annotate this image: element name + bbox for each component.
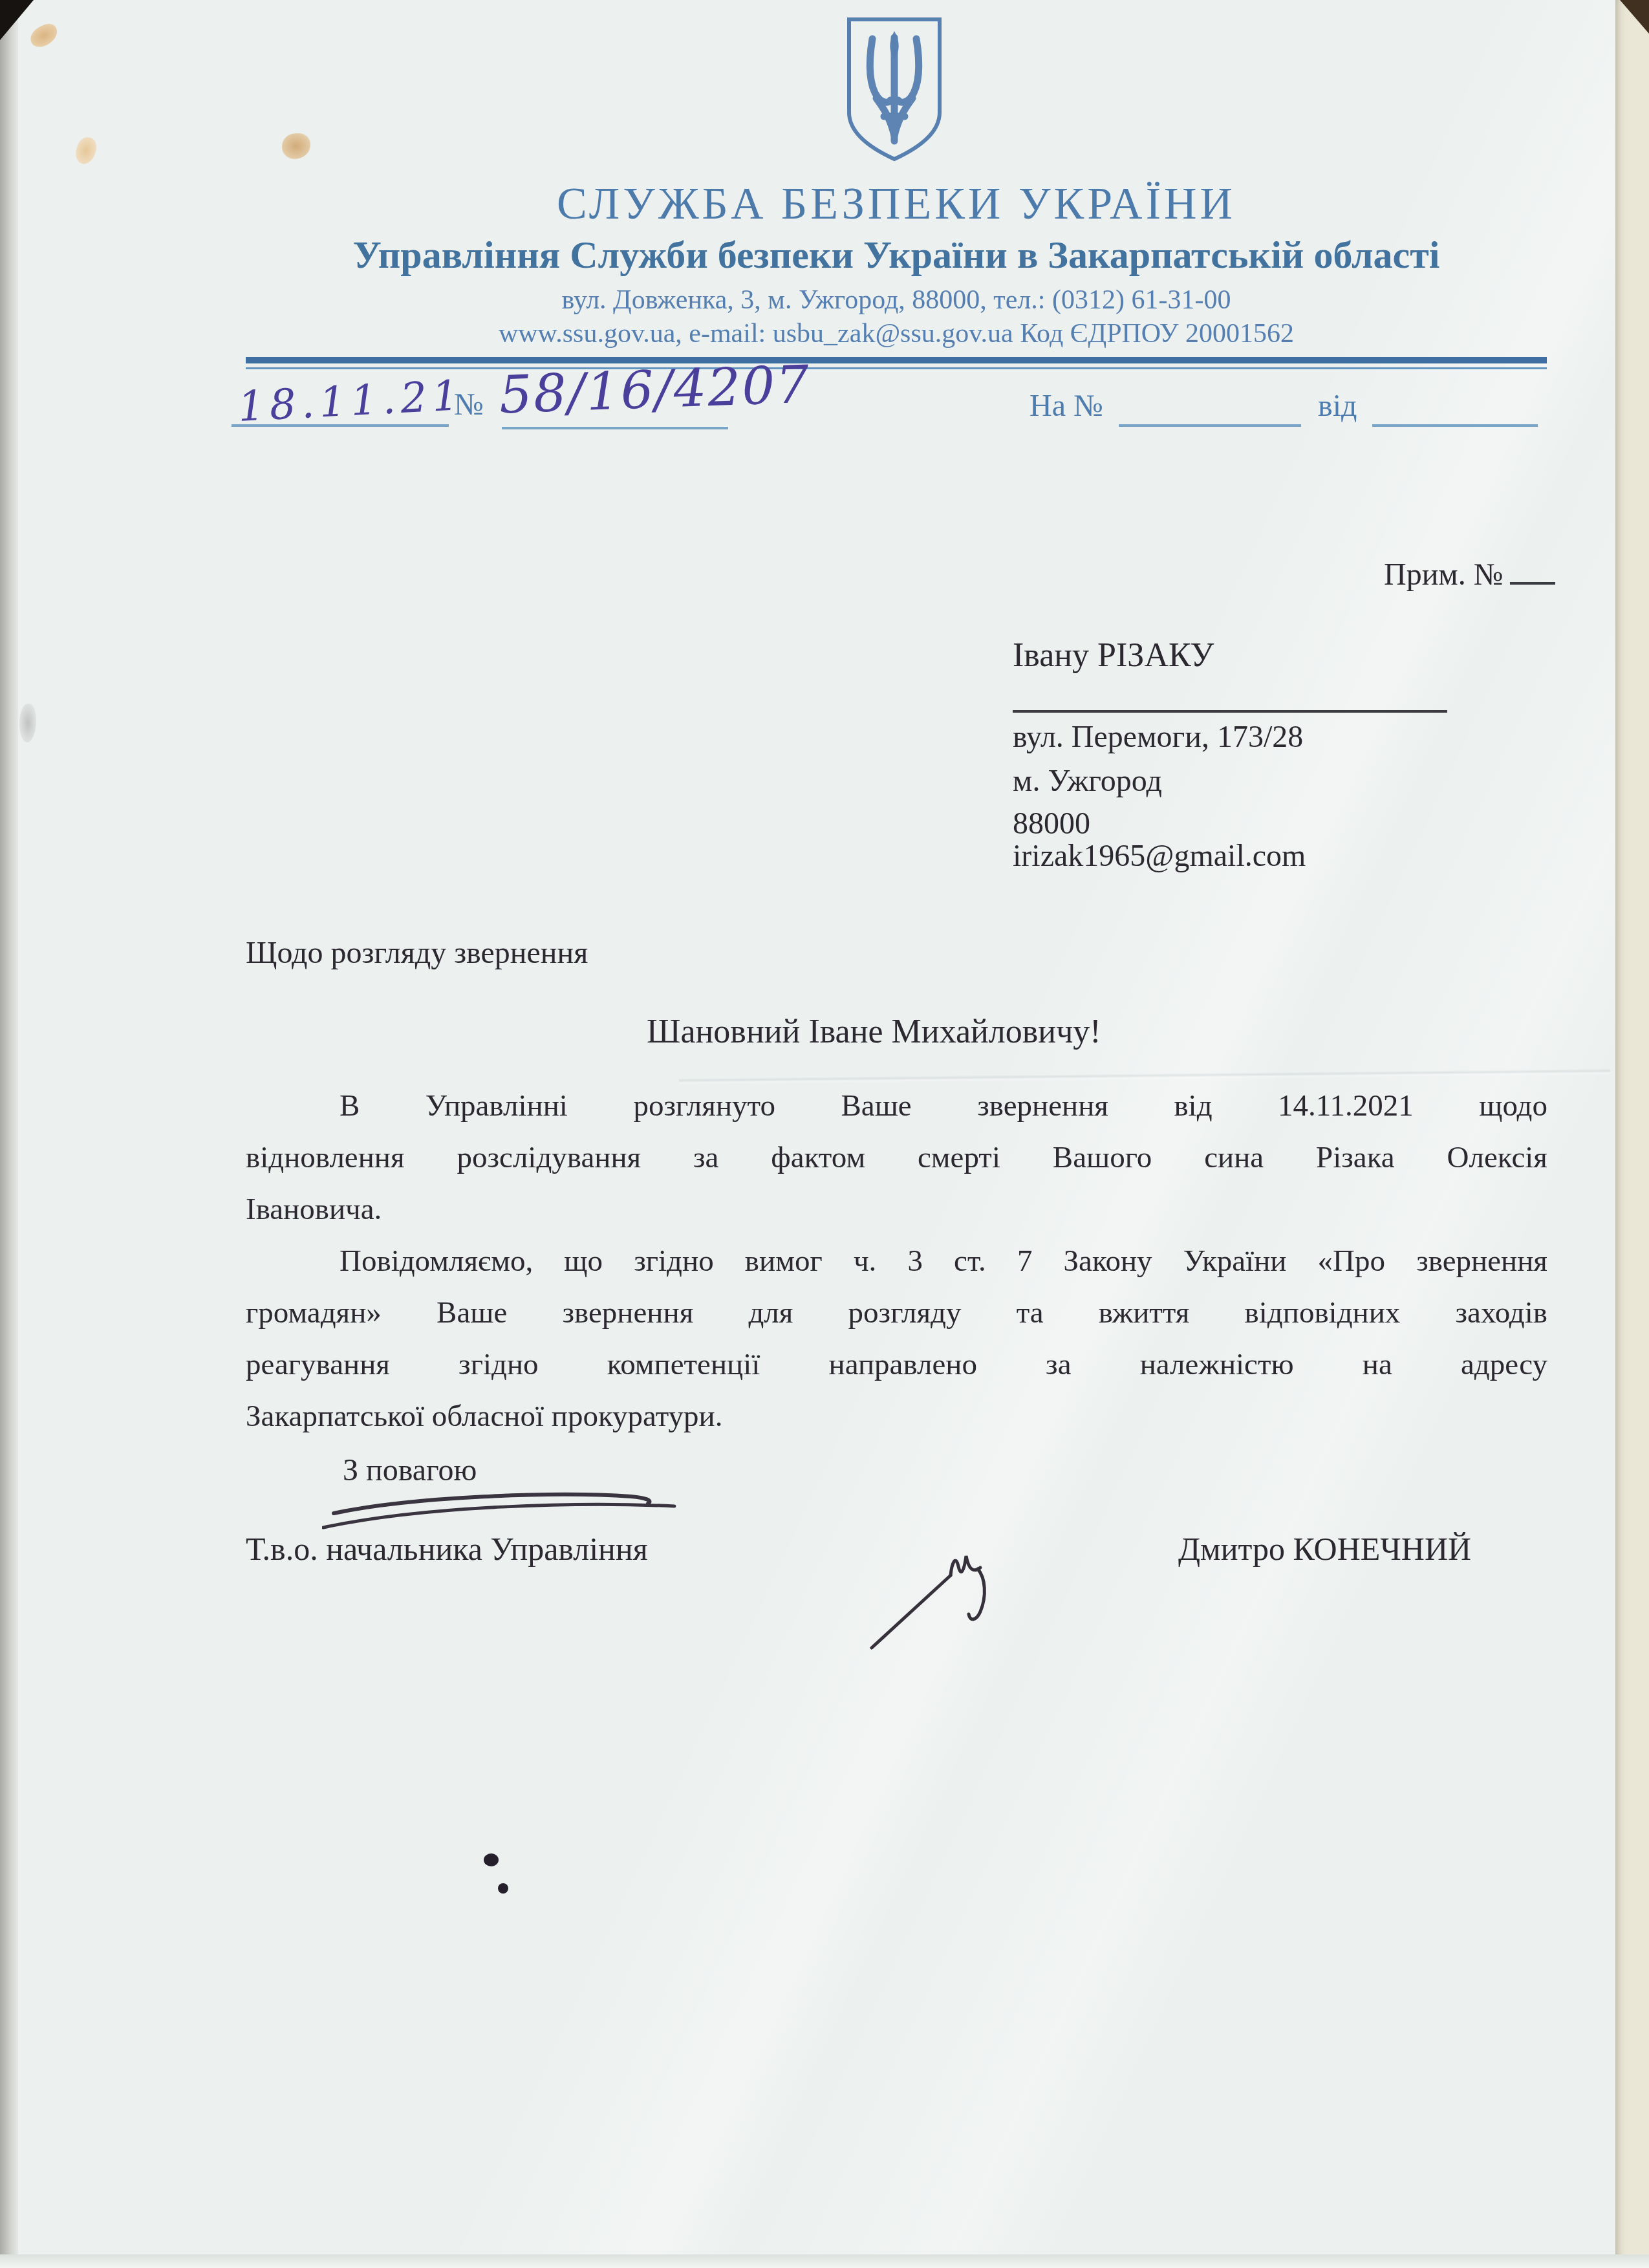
ink-speck [498, 1883, 508, 1894]
letterhead-rule-thick [246, 357, 1547, 363]
paragraph-line: В Управлінні розглянуто Ваше звернення в… [246, 1080, 1547, 1132]
incoming-number-label: На № [1029, 388, 1103, 424]
underlying-sheet-edge [1615, 0, 1649, 2268]
subject-line: Щодо розгляду звернення [246, 935, 588, 971]
recipient-email: irizak1965@gmail.com [1013, 838, 1306, 874]
letterhead-rule-thin [246, 367, 1547, 369]
handwritten-ref-number: 58/16/4207 [499, 354, 812, 426]
scan-corner-top-right [1620, 0, 1649, 34]
handwritten-signature [854, 1537, 1125, 1653]
paragraph-line: Повідомляємо, що згідно вимог ч. 3 ст. 7… [246, 1235, 1547, 1287]
recipient-name: Івану РІЗАКУ [1013, 636, 1214, 675]
paper-stain [282, 133, 310, 159]
pen-flourish-underline [322, 1486, 684, 1531]
signer-title: Т.в.о. начальника Управління [246, 1530, 648, 1568]
scan-left-edge [0, 0, 18, 2268]
paragraph-line: Івановича. [246, 1183, 1547, 1235]
ref-number-underline [502, 427, 728, 429]
paragraph-line: Закарпатської обласної прокуратури. [246, 1390, 1547, 1442]
incoming-number-blank [1119, 424, 1301, 427]
paragraph-line: громадян» Ваше звернення для розгляду та… [246, 1287, 1547, 1339]
body-paragraph-2: Повідомляємо, що згідно вимог ч. 3 ст. 7… [246, 1235, 1547, 1442]
ukraine-trident-emblem-icon [839, 14, 950, 164]
valediction: З повагою [343, 1453, 477, 1488]
recipient-street: вул. Перемоги, 173/28 [1013, 719, 1303, 755]
scan-bottom-edge [0, 2254, 1649, 2268]
body-paragraph-1: В Управлінні розглянуто Ваше звернення в… [246, 1080, 1547, 1235]
paper-smudge [19, 704, 36, 742]
paragraph-line: відновлення розслідування за фактом смер… [246, 1132, 1547, 1183]
scanned-letter-page: { "letterhead": { "emblem_icon": "ukrain… [0, 0, 1649, 2268]
paper-stain [74, 135, 98, 166]
date-underline [232, 424, 449, 427]
salutation: Шановний Іване Михайловичу! [647, 1013, 1101, 1051]
org-address-line: вул. Довженка, 3, м. Ужгород, 88000, тел… [246, 285, 1547, 316]
ink-speck [484, 1853, 499, 1866]
scan-corner-top-left [0, 0, 34, 40]
copy-note-label: Прим. № [1384, 557, 1503, 592]
copy-note: Прим. № [1384, 556, 1555, 592]
paper-sheet: СЛУЖБА БЕЗПЕКИ УКРАЇНИ Управління Служби… [0, 0, 1649, 2268]
number-sign: № [454, 387, 484, 422]
copy-note-blank [1510, 556, 1555, 585]
paragraph-line: реагування згідно компетенції направлено… [246, 1339, 1547, 1390]
recipient-city: м. Ужгород [1013, 763, 1162, 799]
handwritten-date: 18.11.21 [237, 372, 464, 431]
signer-name: Дмитро КОНЕЧНИЙ [1178, 1530, 1471, 1568]
incoming-date-blank [1372, 424, 1538, 427]
recipient-separator-line [1013, 710, 1447, 713]
org-name: СЛУЖБА БЕЗПЕКИ УКРАЇНИ [246, 178, 1547, 230]
org-web-line: www.ssu.gov.ua, e-mail: usbu_zak@ssu.gov… [246, 318, 1547, 349]
incoming-date-label: від [1318, 388, 1357, 424]
org-division: Управління Служби безпеки України в Зака… [246, 233, 1547, 277]
recipient-postal-code: 88000 [1013, 806, 1090, 841]
